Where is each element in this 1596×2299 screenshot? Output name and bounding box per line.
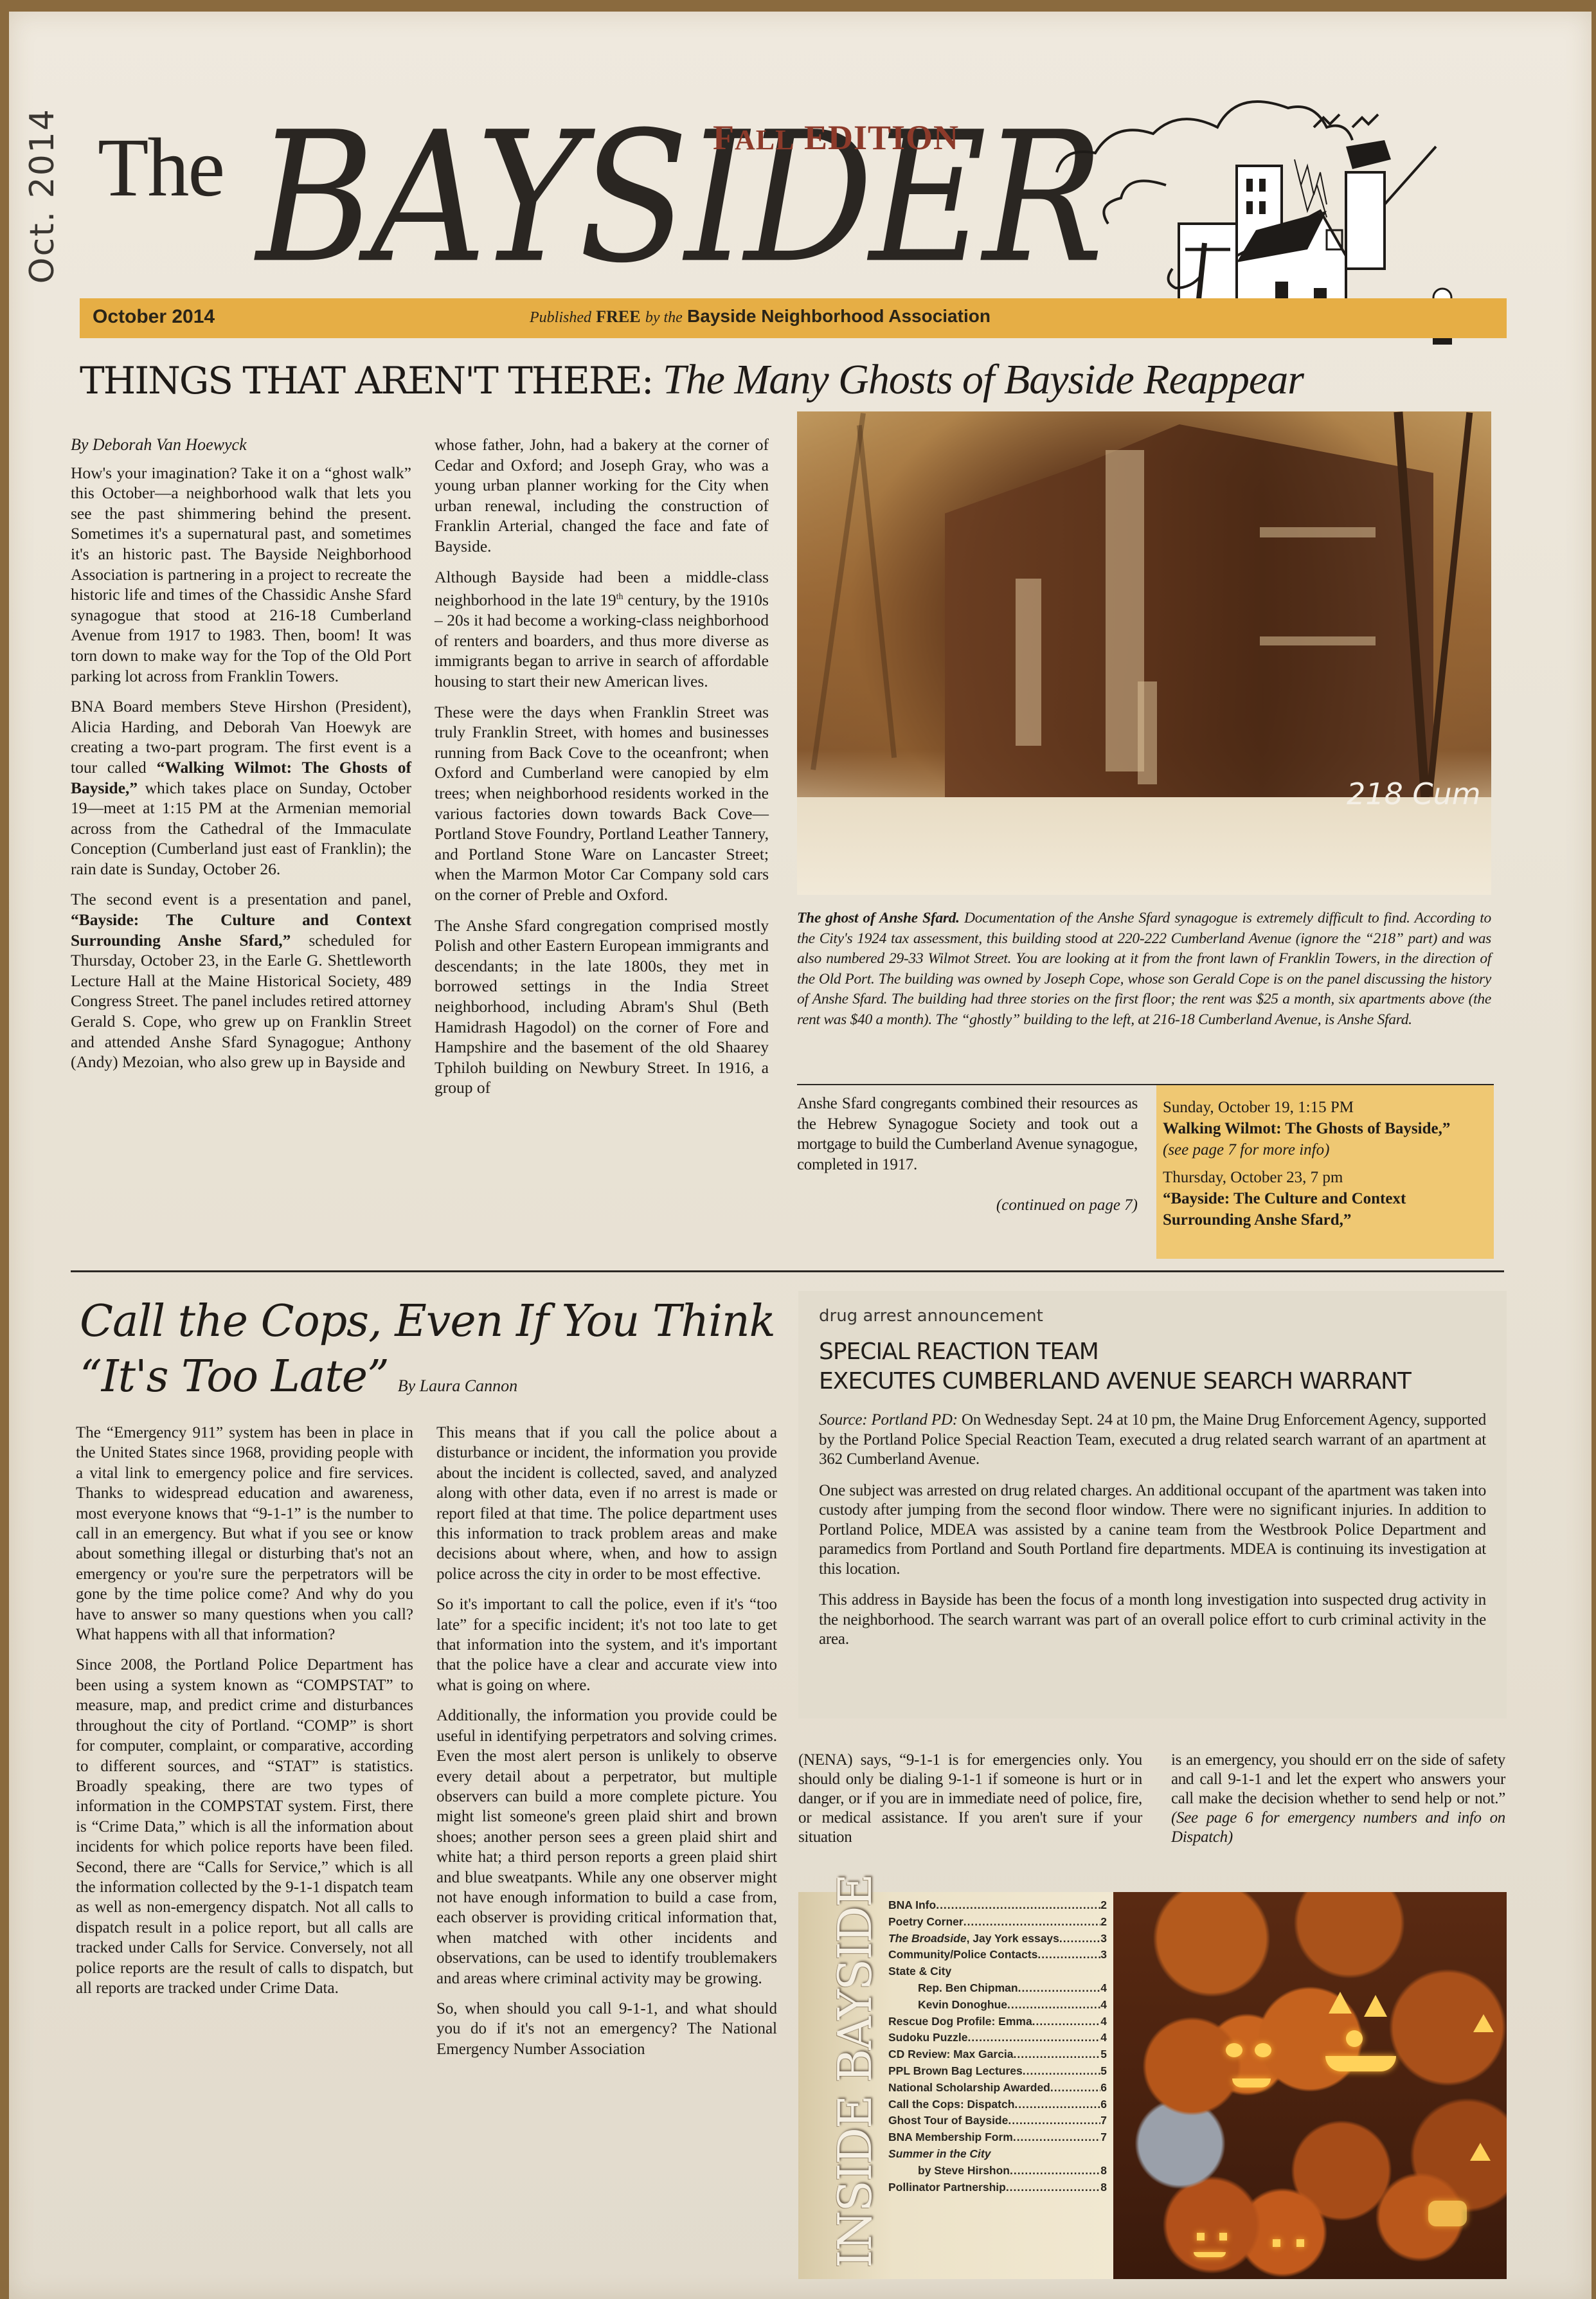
paragraph: How's your imagination? Take it on a “gh…	[71, 463, 411, 687]
paragraph: One subject was arrested on drug related…	[819, 1481, 1486, 1580]
toc-item[interactable]: Rep. Ben Chipman4	[888, 1980, 1107, 1997]
inside-bayside-toc: INSIDE BAYSIDE BNA Info2 Poetry Corner2 …	[798, 1892, 1113, 2279]
toc-item[interactable]: National Scholarship Awarded6	[888, 2080, 1107, 2096]
toc-item[interactable]: The Broadside, Jay York essays3	[888, 1931, 1107, 1947]
cops-byline: By Laura Cannon	[398, 1376, 517, 1395]
cops-column-2: This means that if you call the police a…	[436, 1423, 777, 2069]
toc-item[interactable]: Pollinator Partnership8	[888, 2179, 1107, 2196]
toc-item[interactable]: PPL Brown Bag Lectures5	[888, 2063, 1107, 2080]
drug-arrest-box: drug arrest announcement SPECIAL REACTIO…	[798, 1291, 1507, 1718]
toc-item[interactable]: Ghost Tour of Bayside7	[888, 2113, 1107, 2129]
event-2-when: Thursday, October 23, 7 pm	[1163, 1167, 1487, 1188]
paragraph: BNA Board members Steve Hirshon (Preside…	[71, 696, 411, 879]
paragraph: This address in Bayside has been the foc…	[819, 1591, 1486, 1650]
toc-item[interactable]: by Steve Hirshon8	[888, 2163, 1107, 2179]
drug-kicker: drug arrest announcement	[819, 1306, 1486, 1326]
masthead-title: BAYSIDER	[256, 108, 1100, 288]
paragraph: The “Emergency 911” system has been in p…	[76, 1423, 413, 1645]
toc-item[interactable]: BNA Membership Form7	[888, 2129, 1107, 2146]
event-1-title: Walking Wilmot: The Ghosts of Bayside,”	[1163, 1118, 1487, 1139]
toc-item[interactable]: Rescue Dog Profile: Emma4	[888, 2014, 1107, 2030]
masthead-the: The	[98, 120, 224, 216]
event-2-title: “Bayside: The Culture and Context Surrou…	[1163, 1188, 1487, 1231]
lead-column-3: Anshe Sfard congregants combined their r…	[797, 1094, 1138, 1175]
toc-item[interactable]: Call the Cops: Dispatch6	[888, 2096, 1107, 2113]
event-1-note[interactable]: (see page 7 for more info)	[1163, 1139, 1487, 1160]
paragraph: Additionally, the information you provid…	[436, 1706, 777, 1988]
lead-column-2: whose father, John, had a bakery at the …	[435, 435, 769, 1108]
paragraph: Source: Portland PD: On Wednesday Sept. …	[819, 1411, 1486, 1470]
toc-item[interactable]: CD Review: Max Garcia5	[888, 2046, 1107, 2063]
toc-item[interactable]: Sudoku Puzzle4	[888, 2030, 1107, 2046]
lead-headline: THINGS THAT AREN'T THERE: The Many Ghost…	[80, 356, 1304, 404]
paragraph: So, when should you call 9-1-1, and what…	[436, 1999, 777, 2059]
lead-photo-building: 218 Cum	[797, 411, 1491, 895]
toc-item[interactable]: Poetry Corner2	[888, 1914, 1107, 1931]
issue-date: October 2014	[93, 306, 215, 328]
cops-headline: Call the Cops, Even If You Think “It's T…	[80, 1294, 775, 1414]
edition-label: FALL EDITION	[713, 118, 959, 158]
cops-column-4: is an emergency, you should err on the s…	[1171, 1751, 1505, 1847]
paragraph: The Anshe Sfard congregation comprised m…	[435, 915, 769, 1098]
publisher-line: Published FREE by the Bayside Neighborho…	[530, 306, 991, 327]
section-divider	[71, 1270, 1504, 1272]
photo-inscription: 218 Cum	[1347, 777, 1481, 811]
paragraph: Since 2008, the Portland Police Departme…	[76, 1655, 413, 1998]
paragraph: So it's important to call the police, ev…	[436, 1594, 777, 1695]
toc-list: BNA Info2 Poetry Corner2 The Broadside, …	[888, 1897, 1107, 2195]
toc-item[interactable]: Community/Police Contacts3	[888, 1947, 1107, 1963]
toc-section: Summer in the City	[888, 2146, 1107, 2163]
masthead-banner: October 2014 Published FREE by the Baysi…	[80, 298, 1507, 338]
drug-headline: SPECIAL REACTION TEAMEXECUTES CUMBERLAND…	[819, 1337, 1486, 1396]
lead-column-1: By Deborah Van Hoewyck How's your imagin…	[71, 435, 411, 1083]
lead-byline: By Deborah Van Hoewyck	[71, 435, 411, 455]
photo-caption: The ghost of Anshe Sfard. Documentation …	[797, 908, 1491, 1030]
event-1-when: Sunday, October 19, 1:15 PM	[1163, 1097, 1487, 1118]
continued-link[interactable]: (continued on page 7)	[797, 1196, 1138, 1214]
paragraph: whose father, John, had a bakery at the …	[435, 435, 769, 557]
paragraph: These were the days when Franklin Street…	[435, 702, 769, 905]
paragraph: Although Bayside had been a middle-class…	[435, 567, 769, 692]
toc-item[interactable]: BNA Info2	[888, 1897, 1107, 1914]
pumpkins-photo	[1113, 1892, 1507, 2279]
toc-item[interactable]: Kevin Donoghue4	[888, 1997, 1107, 2014]
handwritten-date-note: Oct. 2014	[23, 108, 62, 284]
cops-column-1: The “Emergency 911” system has been in p…	[76, 1423, 413, 2008]
toc-section: State & City	[888, 1963, 1107, 1980]
paragraph: The second event is a presentation and p…	[71, 889, 411, 1072]
cops-column-3: (NENA) says, “9-1-1 is for emergencies o…	[798, 1751, 1142, 1847]
newspaper-page: Oct. 2014 The BAYSIDER FALL EDITION	[9, 12, 1592, 2299]
events-box: Sunday, October 19, 1:15 PM Walking Wilm…	[1156, 1085, 1494, 1259]
paragraph: This means that if you call the police a…	[436, 1423, 777, 1584]
inside-bayside-title: INSIDE BAYSIDE	[828, 1875, 882, 2268]
